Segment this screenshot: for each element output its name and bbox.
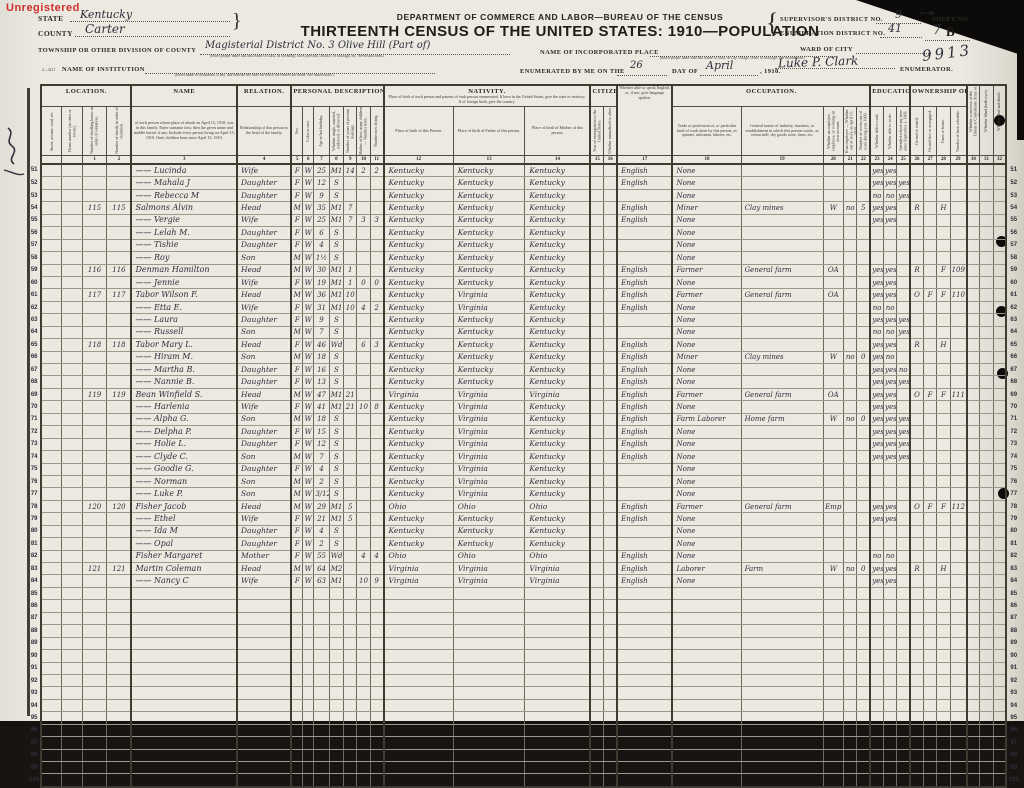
cell-eng [617,674,672,686]
cell-df [993,301,1006,313]
cell-race: W [303,513,314,525]
group-header: EDUCATION. [870,85,910,107]
cell-fh [937,712,950,724]
cell-bl [980,674,993,686]
cell-race [303,650,314,662]
cell-ow [844,276,857,288]
cell-sex: F [291,538,302,550]
cell-fs [950,364,966,376]
cell-name [131,637,237,649]
table-row: 74—— Clyde C.SonMW7SKentuckyVirginiaKent… [28,451,1020,463]
cell-fh [937,314,950,326]
cell-own [910,687,923,699]
cell-age: 63 [314,575,329,587]
cell-imm [590,699,603,711]
cell-yrm [344,637,357,649]
cell-ind [741,463,823,475]
table-row: 83121121Martin ColemanHeadMW64M2Virginia… [28,563,1020,575]
cell-sc [897,550,910,562]
cell-sc: yes [897,438,910,450]
cell-emp [823,699,843,711]
cell-st [41,351,61,363]
line-number: 55 [28,214,41,226]
cell-sc [897,513,910,525]
cell-wk [857,488,870,500]
cell-sex: M [291,500,302,512]
cell-imm [590,475,603,487]
cell-ind [741,625,823,637]
cell-df [993,550,1006,562]
cell-mtg [923,276,936,288]
cell-cl [370,600,383,612]
cell-dw: 121 [82,563,107,575]
cell-yrm [344,189,357,201]
cell-hn [62,264,82,276]
cell-mb: Kentucky [525,525,591,537]
cell-imm [590,339,603,351]
cell-vet [967,239,980,251]
cell-dw [82,314,107,326]
cell-bl [980,339,993,351]
cell-emp [823,164,843,177]
cell-nat [604,289,617,301]
cell-rel: Son [237,488,291,500]
line-number: 61 [28,289,41,301]
cell-eng: English [617,264,672,276]
cell-sex: M [291,202,302,214]
cell-hn [62,650,82,662]
cell-dw [82,326,107,338]
cell-sex: F [291,401,302,413]
cell-fh [937,413,950,425]
cell-st [41,500,61,512]
cell-dw [82,612,107,624]
table-row: 64—— RussellSonMW7SKentuckyKentuckyKentu… [28,326,1020,338]
cell-hn [62,550,82,562]
cell-emp [823,575,843,587]
cell-rd [870,674,883,686]
cell-cl [370,239,383,251]
cell-pb: Kentucky [384,538,454,550]
cell-occ: Miner [672,202,741,214]
cell-ind: Clay mines [741,351,823,363]
cell-name: Tabor Wilson F. [131,289,237,301]
cell-ow [844,189,857,201]
cell-wr [884,712,897,724]
cell-own [910,177,923,189]
cell-cb [357,451,370,463]
cell-fs [950,687,966,699]
cell-imm [590,401,603,413]
cell-cb: 4 [357,301,370,313]
cell-rd: yes [870,401,883,413]
cell-st [41,712,61,724]
cell-mtg [923,376,936,388]
cell-fs [950,587,966,599]
cell-df [993,513,1006,525]
cell-nat [604,314,617,326]
cell-own [910,326,923,338]
column-number: 4 [237,156,291,165]
supervisor-district-label: SUPERVISOR'S DISTRICT NO. [780,16,883,23]
cell-cb [357,314,370,326]
cell-st [41,575,61,587]
cell-fm: 120 [107,500,132,512]
cell-dw [82,438,107,450]
column-number: 15 [590,156,603,165]
cell-cb: 2 [357,164,370,177]
cell-cb [357,189,370,201]
department-line: DEPARTMENT OF COMMERCE AND LABOR—BUREAU … [310,12,810,22]
column-header-fs: Number of farm schedule. [950,107,966,156]
cell-mtg [923,563,936,575]
cell-imm [590,600,603,612]
column-number: 26 [910,156,923,165]
cell-ow [844,289,857,301]
cell-rd: yes [870,202,883,214]
cell-mb: Kentucky [525,189,591,201]
cell-mb: Ohio [525,500,591,512]
cell-st [41,687,61,699]
cell-fh [937,687,950,699]
unregistered-watermark: Unregistered [6,2,80,14]
cell-wr: yes [884,563,897,575]
cell-df [993,500,1006,512]
cell-mtg [923,650,936,662]
cell-st [41,264,61,276]
cell-fs [950,650,966,662]
cell-imm [590,177,603,189]
cell-mar: S [329,364,343,376]
cell-cl [370,612,383,624]
cell-fs [950,463,966,475]
cell-pb [384,587,454,599]
cell-mtg [923,451,936,463]
cell-fm [107,326,132,338]
line-number: 84 [1006,575,1020,587]
cell-fs [950,538,966,550]
cell-fm [107,426,132,438]
cell-wr: no [884,550,897,562]
cell-emp [823,339,843,351]
state-label: STATE [38,14,63,23]
cell-bl [980,314,993,326]
cell-rel [237,662,291,674]
column-header-sc: Attended school any time since September… [897,107,910,156]
cell-pb: Kentucky [384,252,454,264]
cell-rd: yes [870,451,883,463]
cell-mb: Kentucky [525,475,591,487]
cell-nat [604,339,617,351]
cell-pb: Kentucky [384,227,454,239]
cell-pb [384,612,454,624]
cell-ind: General farm [741,289,823,301]
line-number: 91 [1006,662,1020,674]
cell-occ: Laborer [672,563,741,575]
cell-sex: M [291,388,302,400]
cell-fb: Virginia [453,475,525,487]
cell-imm [590,214,603,226]
cell-sc: yes [897,314,910,326]
cell-emp: W [823,563,843,575]
cell-emp [823,189,843,201]
table-row: 51—— LucindaWifeFW25M11422KentuckyKentuc… [28,164,1020,177]
institution-note: (Insert name of institution, if any, and… [175,73,334,77]
cell-imm [590,438,603,450]
cell-race: W [303,451,314,463]
cell-mb: Kentucky [525,538,591,550]
cell-dw [82,488,107,500]
line-number: 82 [28,550,41,562]
cell-wk [857,276,870,288]
cell-mtg [923,301,936,313]
cell-sex: F [291,164,302,177]
cell-age: 18 [314,351,329,363]
cell-ow [844,401,857,413]
cell-hn [62,513,82,525]
cell-cl [370,388,383,400]
cell-wr [884,463,897,475]
cell-fh: H [937,339,950,351]
cell-mar: S [329,351,343,363]
cell-rel [237,650,291,662]
cell-name: —— Goodie G. [131,463,237,475]
cell-fh [937,662,950,674]
column-header-ow: If an employee — Whether out of work on … [844,107,857,156]
cell-yrm [344,463,357,475]
cell-sc [897,687,910,699]
cell-st [41,563,61,575]
cell-st [41,662,61,674]
column-number: 28 [937,156,950,165]
cell-ow: no [844,413,857,425]
cell-mar [329,699,343,711]
cell-race: W [303,575,314,587]
cell-sc: yes [897,326,910,338]
cell-wk [857,712,870,724]
table-row: 82Fisher MargaretMotherFW55Wd44OhioOhioO… [28,550,1020,562]
cell-df [993,662,1006,674]
cell-rel: Wife [237,401,291,413]
cell-mar: S [329,525,343,537]
table-row: 60—— JennieWifeFW19M1100KentuckyKentucky… [28,276,1020,288]
cell-occ: None [672,401,741,413]
cell-fb [453,600,525,612]
cell-race: W [303,189,314,201]
cell-ow [844,475,857,487]
cell-vet [967,650,980,662]
cell-nat [604,699,617,711]
cell-ow [844,252,857,264]
table-row: 72—— Delpha P.DaughterFW15SKentuckyVirgi… [28,426,1020,438]
cell-mar: Wd [329,339,343,351]
line-number: 75 [28,463,41,475]
cell-ind [741,164,823,177]
cell-sc [897,587,910,599]
cell-bl [980,276,993,288]
cell-ind: Farm [741,563,823,575]
cell-df [993,538,1006,550]
cell-fb [453,625,525,637]
column-number: 12 [384,156,454,165]
table-row: 84—— Nancy CWifeFW63M1109VirginiaVirgini… [28,575,1020,587]
cell-nat [604,687,617,699]
cell-rd: yes [870,289,883,301]
cell-fm: 115 [107,202,132,214]
cell-imm [590,189,603,201]
cell-yrm [344,699,357,711]
cell-eng: English [617,451,672,463]
cell-rd: yes [870,164,883,177]
cell-occ: Farmer [672,264,741,276]
cell-own [910,575,923,587]
cell-pb: Kentucky [384,488,454,500]
cell-yrm [344,475,357,487]
cell-fs [950,662,966,674]
cell-ow [844,612,857,624]
cell-age: 41 [314,401,329,413]
cell-mar [329,662,343,674]
cell-rd: yes [870,500,883,512]
cell-fh: F [937,289,950,301]
cell-ow [844,214,857,226]
cell-race: W [303,376,314,388]
cell-rd [870,687,883,699]
cell-bl [980,289,993,301]
line-number: 72 [28,426,41,438]
cell-race: W [303,463,314,475]
column-number: 18 [672,156,741,165]
cell-yrm [344,625,357,637]
cell-age: 13 [314,376,329,388]
table-row: 70—— HarleniaWifeFW41M121108KentuckyVirg… [28,401,1020,413]
cell-mar: S [329,376,343,388]
cell-nat [604,413,617,425]
cell-fh [937,326,950,338]
line-number: 80 [28,525,41,537]
cell-nat [604,401,617,413]
group-header: PERSONAL DESCRIPTION. [291,85,383,107]
cell-eng [617,600,672,612]
column-number: 11 [370,156,383,165]
cell-bl [980,264,993,276]
cell-st [41,550,61,562]
cell-hn [62,239,82,251]
cell-cl [370,252,383,264]
cell-fb: Virginia [453,438,525,450]
cell-cb [357,388,370,400]
cell-sex: M [291,563,302,575]
cell-bl [980,637,993,649]
cell-ind [741,426,823,438]
cell-wr [884,662,897,674]
table-row: 76—— NormanSonMW2SKentuckyVirginiaKentuc… [28,475,1020,487]
cell-yrm [344,451,357,463]
cell-mtg [923,699,936,711]
cell-rel: Wife [237,575,291,587]
cell-mar: S [329,538,343,550]
cell-sc [897,214,910,226]
column-number: 14 [525,156,591,165]
cell-imm [590,525,603,537]
cell-wr [884,637,897,649]
cell-ow [844,264,857,276]
column-header-name: of each person whose place of abode on A… [131,107,237,156]
cell-rd: no [870,301,883,313]
cell-rd [870,252,883,264]
cell-sc [897,339,910,351]
cell-eng [617,239,672,251]
cell-mb [525,674,591,686]
cell-mar: M2 [329,563,343,575]
group-header: OCCUPATION. [672,85,870,107]
cell-ind [741,451,823,463]
cell-mtg [923,401,936,413]
cell-df [993,214,1006,226]
cell-vet [967,637,980,649]
cell-emp [823,451,843,463]
cell-emp [823,625,843,637]
cell-name [131,650,237,662]
cell-nat [604,612,617,624]
cell-age: 9 [314,314,329,326]
cell-own [910,301,923,313]
cell-hn [62,637,82,649]
cell-emp: OA [823,388,843,400]
cell-dw [82,227,107,239]
cell-own [910,451,923,463]
cell-sc: yes [897,189,910,201]
cell-fh [937,463,950,475]
cell-nat [604,538,617,550]
line-number: 69 [1006,388,1020,400]
cell-ow [844,587,857,599]
cell-ow [844,538,857,550]
cell-fb [453,712,525,724]
cell-fb: Kentucky [453,164,525,177]
cell-st [41,388,61,400]
cell-hn [62,314,82,326]
cell-wk [857,674,870,686]
cell-ow [844,488,857,500]
cell-rd: yes [870,376,883,388]
cell-cb [357,239,370,251]
cell-wr: yes [884,214,897,226]
cell-wk [857,438,870,450]
cell-rel: Daughter [237,177,291,189]
line-number: 68 [1006,376,1020,388]
cell-cl [370,662,383,674]
cell-wr [884,475,897,487]
cell-ind: General farm [741,500,823,512]
cell-fh [937,189,950,201]
cell-rel: Daughter [237,376,291,388]
cell-ind [741,438,823,450]
cell-df [993,699,1006,711]
column-number: 16 [604,156,617,165]
cell-pb: Kentucky [384,264,454,276]
cell-race [303,625,314,637]
table-row: 77—— Luke P.SonMW3/12SKentuckyVirginiaKe… [28,488,1020,500]
cell-rel [237,637,291,649]
cell-yrm: 21 [344,401,357,413]
cell-bl [980,687,993,699]
cell-fs [950,525,966,537]
cell-nat [604,202,617,214]
cell-fb: Virginia [453,388,525,400]
cell-cb [357,712,370,724]
cell-bl [980,177,993,189]
